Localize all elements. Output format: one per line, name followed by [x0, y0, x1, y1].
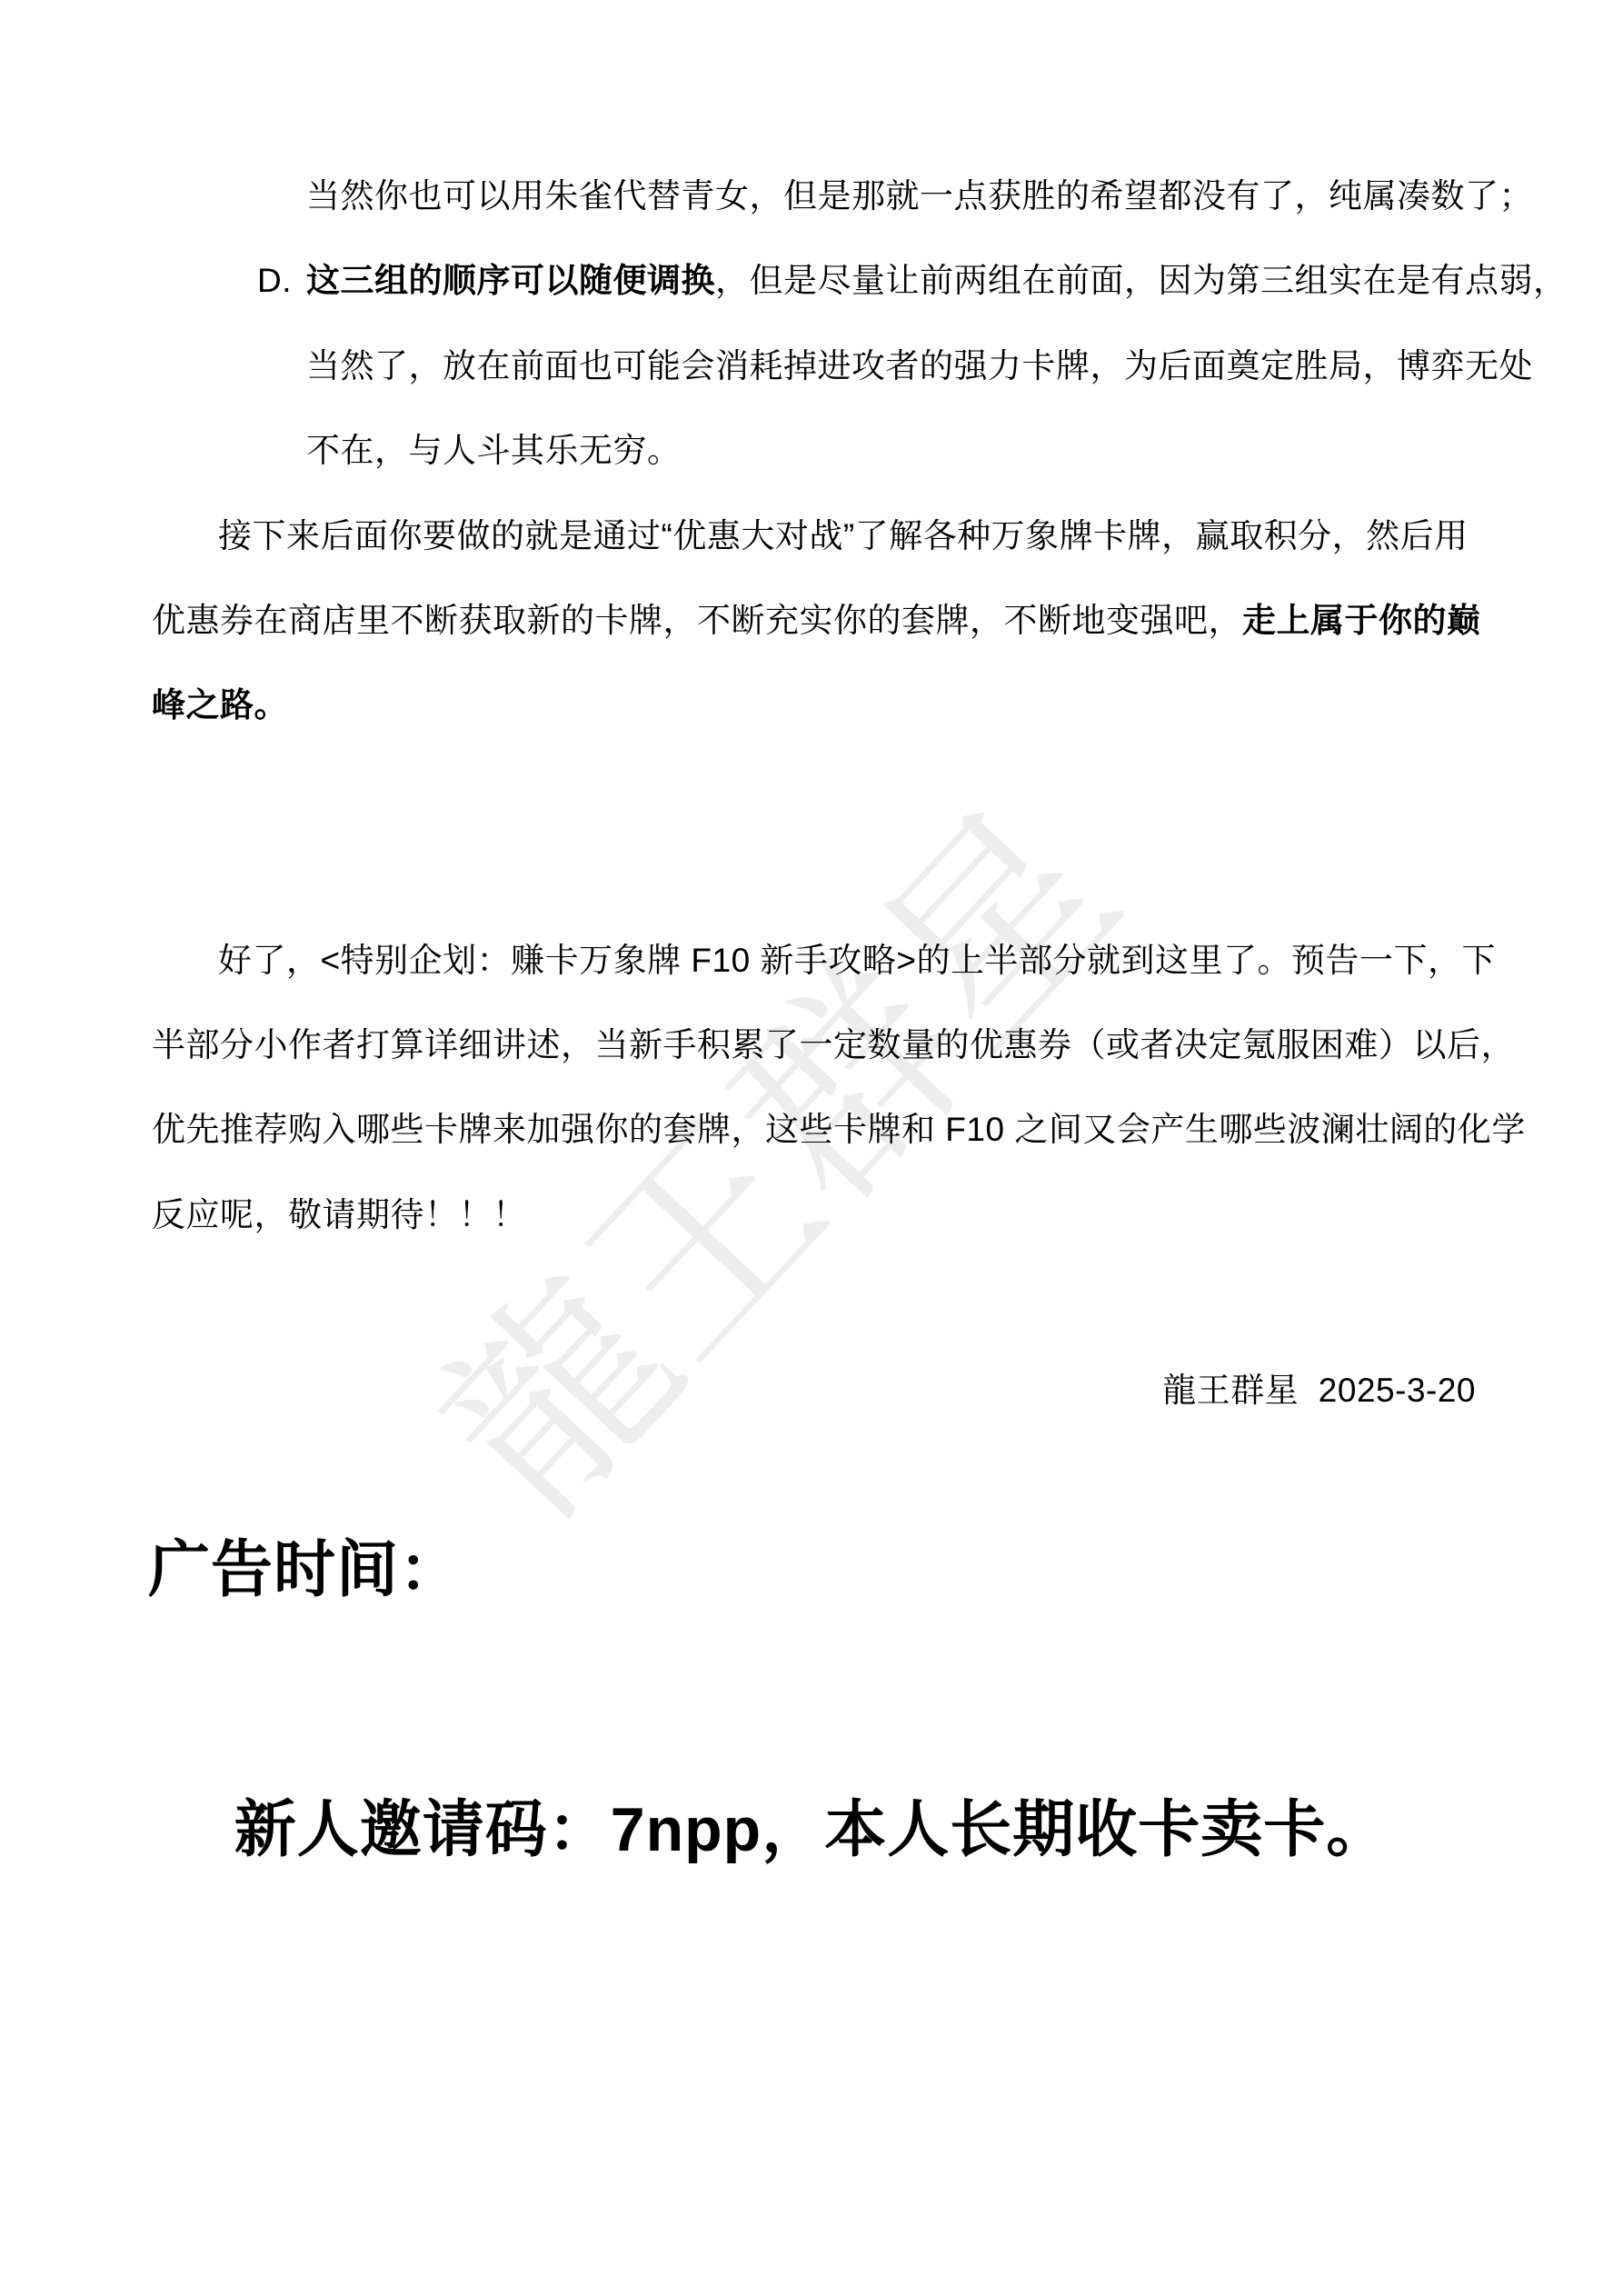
list-item-d-line2: 当然了，放在前面也可能会消耗掉进攻者的强力卡牌，为后面奠定胜局，博弈无处	[306, 346, 1533, 386]
list-marker-d: D.	[257, 261, 292, 301]
list-item-d: D.这三组的顺序可以随便调换，但是尽量让前两组在前面，因为第三组实在是有点弱，	[257, 261, 1568, 301]
closing-para-line3: 峰之路。	[152, 685, 288, 725]
body-line-list-tail: 当然你也可以用朱雀代替青女，但是那就一点获胜的希望都没有了，纯属凑数了；	[306, 176, 1533, 216]
closing-para-line3-bold: 峰之路。	[152, 686, 288, 724]
document-page: 龍王群星 当然你也可以用朱雀代替青女，但是那就一点获胜的希望都没有了，纯属凑数了…	[0, 0, 1623, 2296]
closing-para-line1: 接下来后面你要做的就是通过“优惠大对战”了解各种万象牌卡牌，赢取积分，然后用	[218, 516, 1469, 556]
preview-para-line3: 优先推荐购入哪些卡牌来加强你的套牌，这些卡牌和 F10 之间又会产生哪些波澜壮阔…	[152, 1110, 1526, 1150]
preview-para-line4: 反应呢，敬请期待！！！	[152, 1195, 527, 1235]
list-item-d-bold-lead: 这三组的顺序可以随便调换	[306, 262, 715, 299]
invite-code-line: 新人邀请码：7npp，本人长期收卡卖卡。	[0, 1796, 1623, 1864]
list-item-d-line3: 不在，与人斗其乐无穷。	[306, 431, 682, 471]
watermark: 龍王群星	[410, 775, 1149, 1546]
preview-para-line1: 好了，<特别企划：赚卡万象牌 F10 新手攻略>的上半部分就到这里了。预告一下，…	[218, 941, 1496, 981]
ad-section-heading: 广告时间：	[148, 1536, 462, 1604]
preview-para-line2: 半部分小作者打算详细讲述，当新手积累了一定数量的优惠券（或者决定氪服困难）以后，	[152, 1025, 1515, 1065]
closing-para-line2-regular: 优惠券在商店里不断获取新的卡牌，不断充实你的套牌，不断地变强吧，	[152, 602, 1242, 639]
list-item-d-tail: ，但是尽量让前两组在前面，因为第三组实在是有点弱，	[715, 262, 1568, 299]
closing-para-line2-bold: 走上属于你的巅	[1242, 602, 1481, 639]
closing-para-line2: 优惠券在商店里不断获取新的卡牌，不断充实你的套牌，不断地变强吧，走上属于你的巅	[152, 601, 1481, 641]
signature: 龍王群星 2025-3-20	[1162, 1371, 1476, 1411]
